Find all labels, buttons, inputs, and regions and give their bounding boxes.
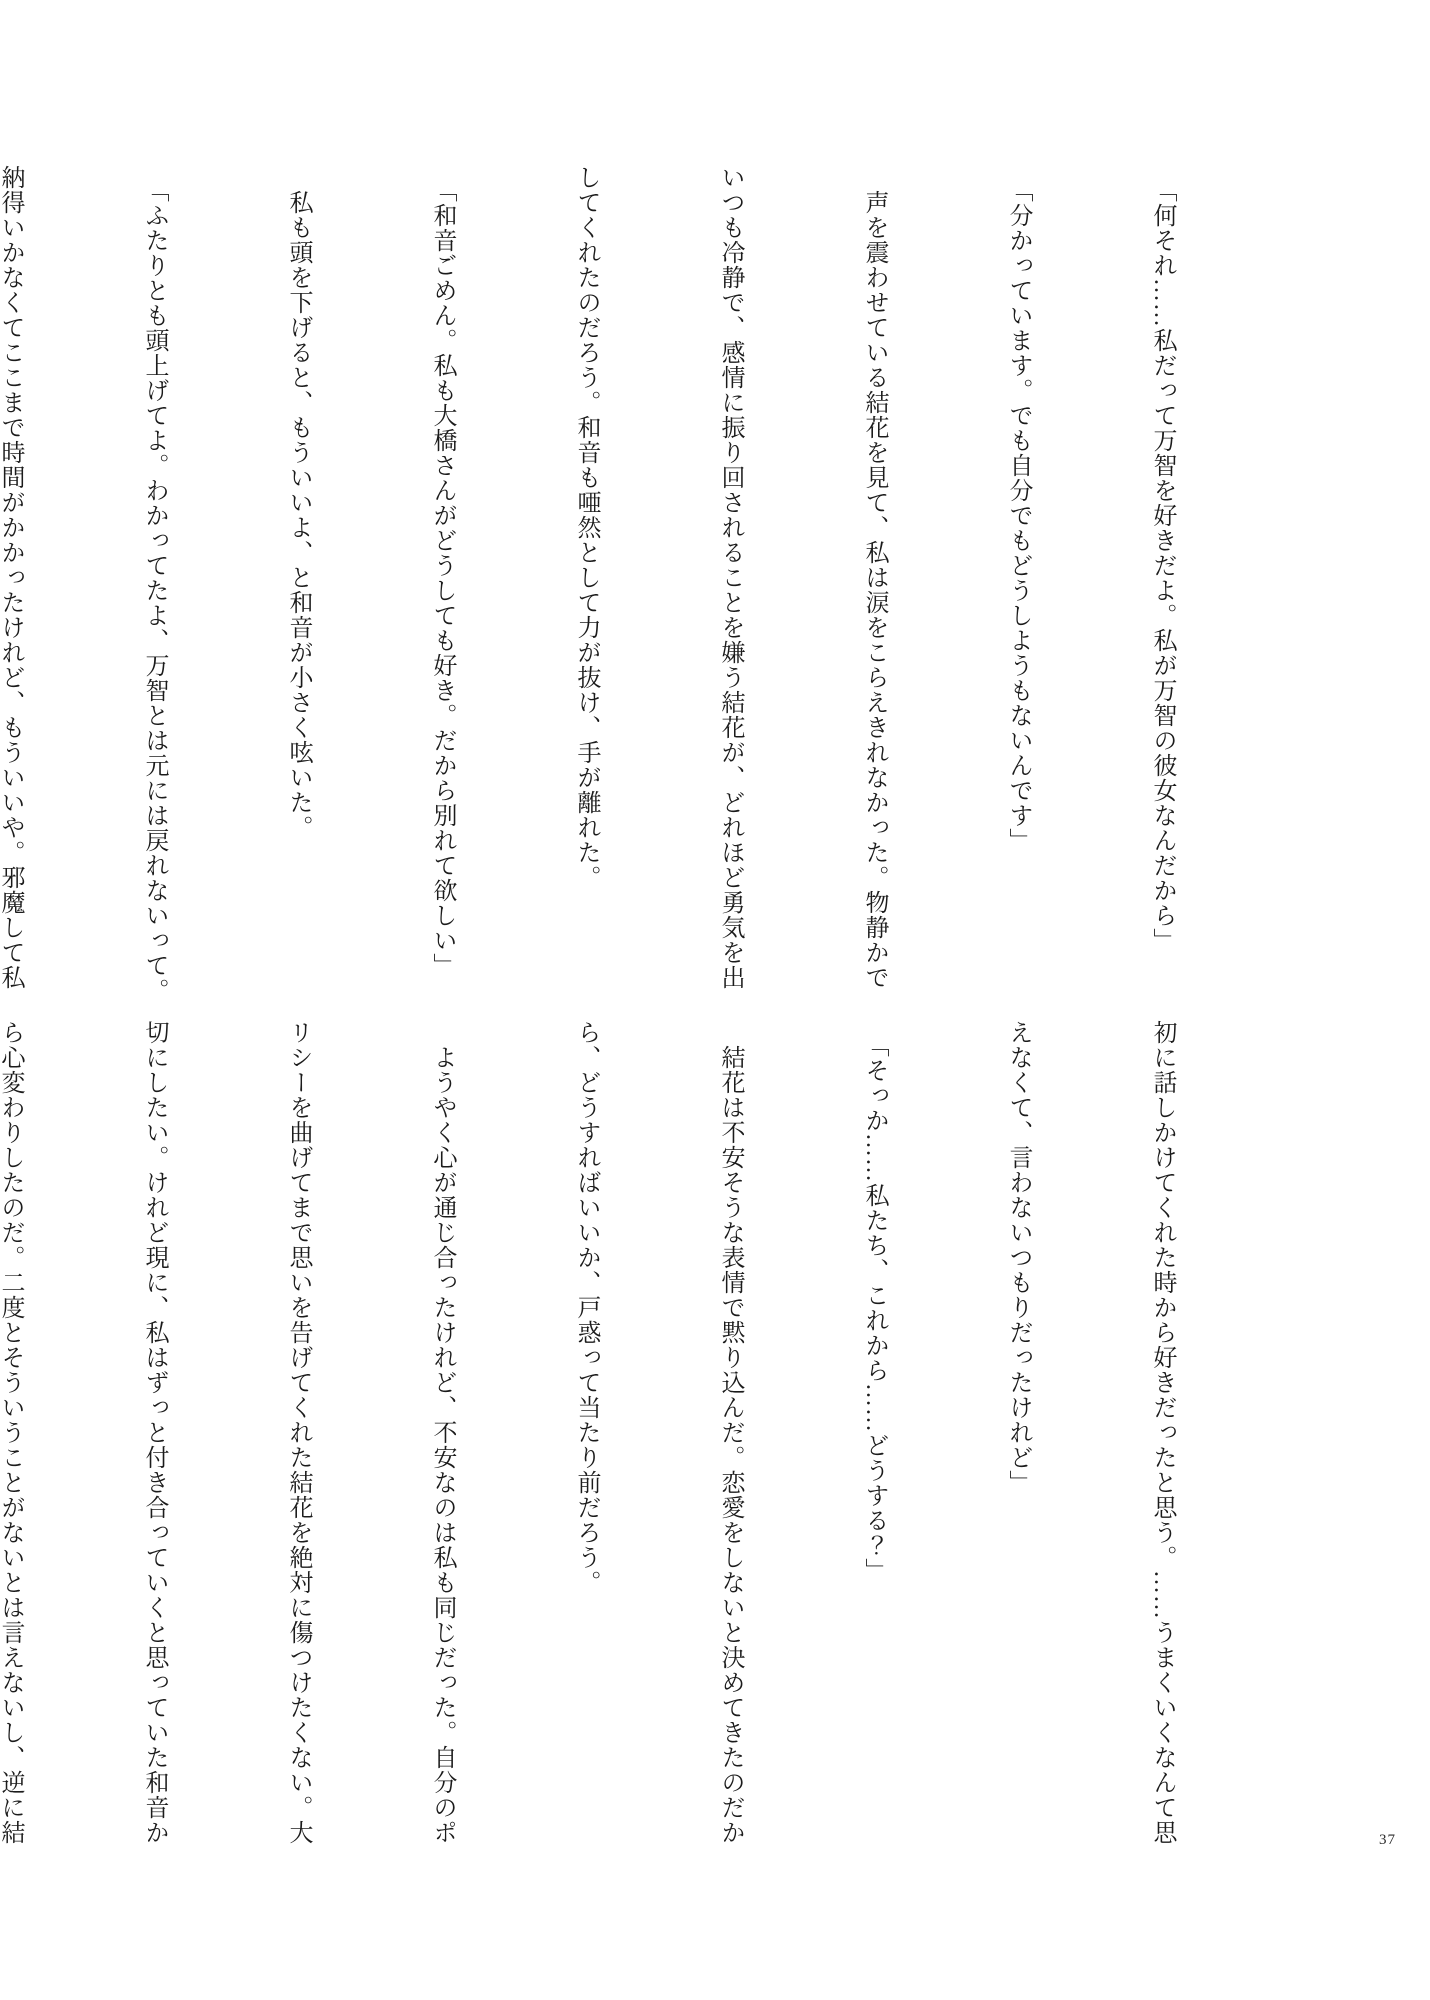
- bottom-text-block: 初に話しかけてくれた時から好きだったと思う。……うまくいくなんて思 えなくて、言…: [0, 1020, 1282, 1886]
- text-column: 「ふたりとも頭上げてよ。わかってたよ、万智とは元には戻れないって。: [130, 165, 178, 1020]
- text-column: 私も頭を下げると、もういいよ、と和音が小さく呟いた。: [274, 165, 322, 1020]
- text-column: 「和音ごめん。私も大橋さんがどうしても好き。だから別れて欲しい」: [418, 165, 466, 1020]
- text-column: 納得いかなくてここまで時間がかかったけれど、もういいや。邪魔して私: [0, 165, 34, 1020]
- text-column: リシーを曲げてまで思いを告げてくれた結花を絶対に傷つけたくない。大: [274, 1020, 322, 1886]
- text-column: えなくて、言わないつもりだったけれど」: [994, 1020, 1042, 1886]
- text-column: 「分かっています。でも自分でもどうしようもないんです」: [994, 165, 1042, 1020]
- scanned-novel-page: 「何それ……私だって万智を好きだよ。私が万智の彼女なんだから」 「分かっています…: [0, 0, 1430, 2000]
- page-number: 37: [1379, 1832, 1396, 1849]
- text-column: してくれたのだろう。和音も唖然として力が抜け、手が離れた。: [562, 165, 610, 1020]
- text-column: 切にしたい。けれど現に、私はずっと付き合っていくと思っていた和音か: [130, 1020, 178, 1886]
- text-column: 「そっか……私たち、これから……どうする？」: [850, 1020, 898, 1886]
- top-text-block: 「何それ……私だって万智を好きだよ。私が万智の彼女なんだから」 「分かっています…: [0, 165, 1282, 1020]
- text-column: 初に話しかけてくれた時から好きだったと思う。……うまくいくなんて思: [1138, 1020, 1186, 1886]
- text-column: 声を震わせている結花を見て、私は涙をこらえきれなかった。物静かで: [850, 165, 898, 1020]
- text-column: いつも冷静で、感情に振り回されることを嫌う結花が、どれほど勇気を出: [706, 165, 754, 1020]
- text-column: ようやく心が通じ合ったけれど、不安なのは私も同じだった。自分のポ: [418, 1020, 466, 1886]
- text-column: 結花は不安そうな表情で黙り込んだ。恋愛をしないと決めてきたのだか: [706, 1020, 754, 1886]
- text-column: ら心変わりしたのだ。二度とそういうことがないとは言えないし、逆に結: [0, 1020, 34, 1886]
- text-column: ら、どうすればいいか、戸惑って当たり前だろう。: [562, 1020, 610, 1886]
- text-column: 「何それ……私だって万智を好きだよ。私が万智の彼女なんだから」: [1138, 165, 1186, 1020]
